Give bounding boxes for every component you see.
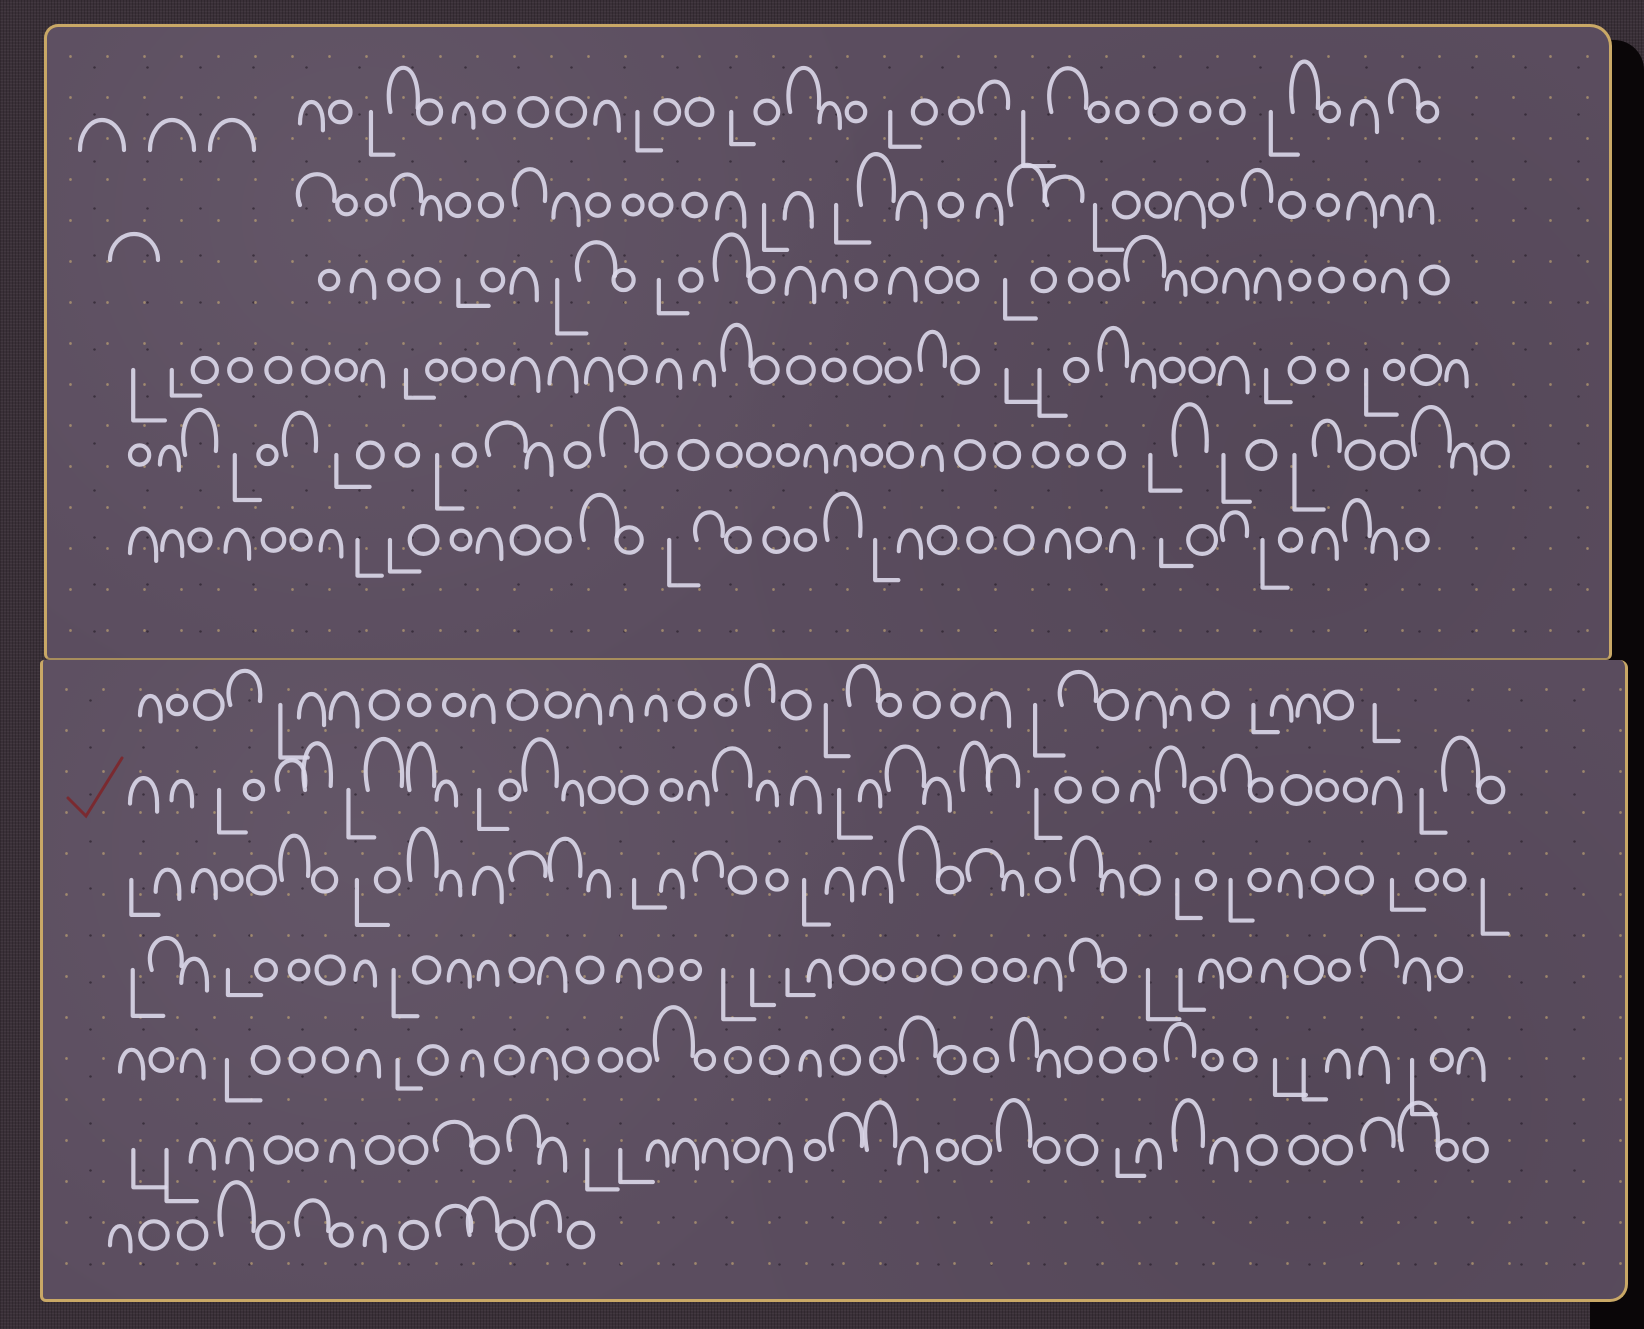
script-glyph — [193, 870, 216, 898]
script-glyph — [611, 696, 631, 721]
script-glyph — [532, 1202, 560, 1235]
handwritten-script — [0, 0, 1644, 1329]
script-glyph — [788, 68, 819, 112]
script-glyph — [988, 756, 1018, 790]
script-glyph — [680, 693, 704, 717]
script-glyph — [620, 357, 646, 383]
script-glyph — [226, 530, 250, 559]
script-glyph — [1060, 672, 1096, 705]
script-glyph — [938, 868, 962, 892]
script-glyph — [1224, 270, 1247, 299]
script-glyph — [847, 103, 865, 121]
script-glyph — [418, 100, 441, 123]
script-glyph — [258, 446, 276, 464]
script-glyph — [578, 958, 603, 983]
script-glyph — [245, 781, 263, 799]
script-glyph — [558, 98, 586, 126]
script-glyph — [620, 777, 646, 803]
script-glyph — [923, 447, 942, 470]
script-glyph — [331, 1140, 353, 1167]
script-glyph — [680, 269, 701, 290]
script-glyph — [1248, 441, 1276, 469]
script-glyph — [1407, 530, 1427, 550]
script-glyph — [695, 512, 723, 540]
script-glyph — [367, 1137, 393, 1163]
script-glyph — [747, 665, 774, 705]
script-glyph — [785, 193, 812, 226]
script-glyph — [172, 781, 193, 806]
script-glyph — [1432, 1050, 1452, 1070]
script-glyph — [514, 169, 545, 205]
script-glyph — [587, 1150, 617, 1189]
script-glyph — [1100, 328, 1127, 370]
script-glyph — [1203, 1051, 1222, 1070]
script-glyph — [441, 872, 460, 896]
script-glyph — [1137, 1140, 1159, 1168]
script-glyph — [687, 99, 713, 125]
script-glyph — [1294, 455, 1323, 510]
script-glyph — [1191, 778, 1215, 802]
script-glyph — [389, 270, 408, 289]
script-glyph — [824, 360, 845, 381]
script-glyph — [901, 1017, 936, 1060]
script-glyph — [1266, 370, 1290, 402]
script-glyph — [836, 205, 869, 242]
script-glyph — [222, 870, 241, 889]
script-glyph — [1035, 705, 1063, 756]
script-glyph — [253, 1047, 279, 1073]
script-glyph — [331, 693, 358, 726]
script-glyph — [920, 332, 945, 370]
script-glyph — [1221, 101, 1243, 123]
script-glyph — [487, 423, 526, 455]
script-glyph — [299, 694, 324, 725]
script-glyph — [820, 103, 840, 128]
script-glyph — [656, 100, 679, 123]
script-glyph — [1049, 68, 1086, 112]
script-glyph — [888, 443, 912, 467]
script-glyph — [1167, 272, 1186, 295]
script-glyph — [669, 540, 698, 585]
script-glyph — [1094, 778, 1117, 801]
script-glyph — [809, 961, 830, 987]
script-glyph — [1410, 195, 1432, 222]
script-glyph — [337, 360, 356, 379]
script-glyph — [614, 270, 634, 290]
script-glyph — [1072, 838, 1101, 880]
script-glyph — [1035, 1138, 1059, 1162]
script-glyph — [805, 446, 826, 472]
script-glyph — [824, 271, 845, 297]
script-glyph — [899, 1138, 926, 1171]
script-glyph — [1362, 1119, 1393, 1150]
script-glyph — [650, 959, 671, 980]
script-glyph — [1418, 103, 1437, 122]
script-glyph — [550, 358, 577, 391]
script-glyph — [1039, 1051, 1059, 1076]
script-glyph — [716, 695, 735, 714]
script-glyph — [1372, 530, 1395, 559]
script-glyph — [263, 529, 285, 551]
script-glyph — [995, 443, 1019, 467]
script-glyph — [1291, 62, 1318, 112]
script-glyph — [601, 408, 637, 455]
script-glyph — [321, 531, 342, 557]
script-glyph — [801, 1052, 820, 1076]
script-glyph — [1118, 1150, 1145, 1176]
script-glyph — [748, 444, 770, 466]
script-glyph — [248, 867, 275, 894]
script-glyph — [1223, 455, 1249, 502]
script-glyph — [1111, 530, 1133, 557]
script-glyph — [974, 959, 996, 981]
script-glyph — [1290, 1137, 1317, 1164]
script-glyph — [362, 361, 383, 386]
script-glyph — [280, 705, 307, 757]
script-glyph — [1117, 102, 1137, 122]
script-glyph — [750, 268, 774, 292]
script-glyph — [1200, 961, 1222, 988]
script-glyph — [1011, 1019, 1037, 1060]
script-glyph — [227, 1139, 252, 1169]
script-glyph — [758, 782, 777, 806]
script-glyph — [193, 358, 217, 382]
script-glyph — [616, 527, 641, 552]
script-glyph — [1362, 938, 1397, 970]
script-glyph — [731, 112, 754, 144]
check-mark-icon — [64, 754, 124, 824]
script-glyph — [1005, 960, 1025, 980]
script-glyph — [655, 1007, 693, 1060]
script-glyph — [857, 270, 876, 289]
script-glyph — [950, 101, 973, 124]
script-glyph — [1056, 778, 1079, 801]
script-glyph — [1446, 361, 1466, 386]
script-glyph — [1003, 872, 1022, 895]
script-glyph — [1390, 81, 1418, 112]
script-glyph — [409, 829, 437, 880]
script-glyph — [110, 1226, 130, 1251]
script-glyph — [1328, 360, 1347, 379]
script-glyph — [1220, 358, 1248, 392]
script-glyph — [130, 445, 149, 464]
script-glyph — [172, 370, 200, 396]
script-glyph — [1203, 693, 1227, 717]
script-glyph — [1297, 696, 1318, 722]
script-glyph — [1166, 1024, 1194, 1060]
script-glyph — [189, 529, 210, 550]
script-glyph — [1280, 529, 1301, 550]
script-glyph — [290, 1049, 313, 1072]
script-glyph — [648, 1141, 668, 1165]
script-glyph — [510, 853, 545, 880]
script-glyph — [1148, 970, 1179, 1019]
script-glyph — [796, 530, 815, 549]
script-glyph — [998, 1100, 1030, 1150]
script-glyph — [1071, 940, 1100, 970]
script-glyph — [682, 961, 700, 979]
script-glyph — [437, 781, 456, 805]
script-glyph — [1070, 269, 1091, 290]
script-glyph — [1330, 960, 1349, 979]
script-glyph — [1347, 867, 1372, 892]
script-glyph — [871, 1048, 895, 1072]
script-glyph — [352, 270, 375, 298]
script-glyph — [958, 270, 977, 289]
script-glyph — [714, 748, 750, 790]
script-glyph — [1161, 359, 1183, 382]
script-glyph — [511, 269, 536, 300]
script-glyph — [1314, 421, 1340, 455]
script-glyph — [480, 194, 502, 216]
script-glyph — [229, 671, 261, 705]
script-glyph — [257, 1222, 283, 1248]
script-glyph — [735, 1139, 758, 1162]
script-glyph — [133, 370, 165, 420]
script-glyph — [297, 1140, 317, 1160]
script-glyph — [788, 357, 814, 383]
script-glyph — [280, 836, 308, 880]
script-glyph — [376, 869, 399, 892]
script-glyph — [300, 102, 323, 130]
script-glyph — [952, 357, 978, 383]
script-glyph — [704, 1140, 727, 1168]
script-glyph — [1382, 442, 1408, 468]
script-glyph — [324, 1048, 347, 1071]
script-glyph — [1346, 441, 1373, 468]
script-glyph — [1125, 237, 1164, 280]
script-glyph — [120, 1050, 143, 1079]
script-glyph — [569, 1223, 593, 1247]
script-glyph — [940, 194, 962, 216]
script-glyph — [1263, 961, 1285, 988]
script-glyph — [913, 101, 936, 124]
script-glyph — [1439, 959, 1461, 981]
script-glyph — [887, 747, 924, 790]
script-glyph — [1296, 957, 1322, 983]
script-glyph — [1275, 1060, 1306, 1095]
script-glyph — [1150, 99, 1175, 124]
script-glyph — [1272, 696, 1292, 720]
script-glyph — [365, 1226, 385, 1251]
script-glyph — [875, 540, 898, 580]
script-glyph — [723, 970, 754, 1019]
script-glyph — [975, 1049, 997, 1071]
script-initial — [80, 120, 254, 260]
script-glyph — [887, 359, 910, 382]
script-glyph — [595, 102, 619, 131]
script-glyph — [1099, 443, 1124, 468]
script-glyph — [336, 455, 369, 487]
script-glyph — [1327, 1051, 1349, 1078]
script-glyph — [1317, 780, 1337, 800]
script-glyph — [836, 447, 855, 471]
script-glyph — [463, 1051, 483, 1075]
script-glyph — [715, 235, 749, 280]
script-glyph — [755, 101, 778, 124]
script-glyph — [900, 827, 938, 880]
script-glyph — [1271, 112, 1298, 155]
script-glyph — [1483, 880, 1508, 934]
script-glyph — [1366, 370, 1397, 415]
script-glyph — [482, 270, 503, 291]
script-glyph — [1034, 443, 1057, 466]
script-glyph — [427, 361, 446, 380]
script-glyph — [841, 957, 868, 984]
script-glyph — [397, 444, 418, 465]
script-glyph — [320, 271, 338, 289]
script-glyph — [860, 781, 880, 806]
script-glyph — [1243, 170, 1271, 205]
script-glyph — [229, 359, 251, 381]
script-glyph — [859, 154, 894, 205]
script-glyph — [1348, 193, 1375, 226]
script-glyph — [696, 1051, 714, 1069]
script-glyph — [964, 1137, 990, 1163]
script-glyph — [390, 540, 419, 572]
script-glyph — [827, 869, 852, 901]
script-glyph — [1197, 871, 1215, 889]
script-glyph — [862, 446, 881, 465]
script-glyph — [650, 194, 671, 215]
script-glyph — [1313, 530, 1336, 559]
script-glyph — [150, 938, 182, 970]
script-glyph — [726, 528, 750, 552]
script-glyph — [435, 1122, 472, 1150]
script-glyph — [658, 360, 680, 388]
script-glyph — [586, 359, 611, 390]
script-glyph — [752, 970, 774, 1005]
script-glyph — [629, 1049, 650, 1070]
script-glyph — [472, 1137, 498, 1163]
script-glyph — [1132, 866, 1159, 893]
script-glyph — [1355, 271, 1374, 290]
script-glyph — [1174, 1100, 1203, 1150]
script-glyph — [298, 174, 335, 205]
script-glyph — [1283, 776, 1311, 804]
script-glyph — [266, 1137, 291, 1162]
script-glyph — [454, 444, 475, 465]
script-glyph — [1385, 361, 1403, 379]
script-glyph — [182, 1050, 204, 1077]
script-glyph — [1211, 1139, 1236, 1170]
script-glyph — [624, 196, 643, 215]
script-glyph — [1222, 756, 1250, 790]
script-glyph — [524, 739, 557, 790]
script-glyph — [371, 112, 394, 155]
script-glyph — [590, 778, 614, 802]
script-glyph — [967, 850, 1002, 880]
script-glyph — [1320, 269, 1343, 292]
script-glyph — [647, 697, 666, 720]
script-glyph — [1383, 270, 1405, 298]
script-glyph — [1250, 779, 1271, 800]
script-glyph — [168, 696, 186, 714]
script-glyph — [509, 691, 537, 719]
script-glyph — [563, 782, 582, 805]
script-glyph — [1248, 1136, 1275, 1163]
script-glyph — [357, 880, 388, 925]
script-glyph — [897, 193, 925, 228]
script-glyph — [618, 960, 640, 987]
script-glyph — [1452, 445, 1475, 474]
script-glyph — [1150, 455, 1180, 491]
script-glyph — [874, 961, 893, 980]
script-glyph — [1290, 271, 1309, 290]
script-glyph — [764, 1139, 790, 1171]
script-glyph — [1176, 193, 1204, 227]
script-glyph — [151, 1049, 173, 1071]
script-glyph — [1229, 959, 1250, 980]
script-glyph — [358, 443, 383, 468]
script-glyph — [389, 68, 418, 112]
script-glyph — [1459, 1049, 1484, 1080]
script-glyph — [303, 357, 328, 382]
script-glyph — [1040, 370, 1066, 416]
script-glyph — [557, 280, 586, 333]
script-glyph — [792, 778, 820, 812]
script-glyph — [1290, 358, 1314, 382]
script-glyph — [1352, 101, 1377, 132]
script-glyph — [1047, 530, 1069, 557]
script-glyph — [533, 1050, 556, 1079]
script-glyph — [825, 494, 860, 540]
script-glyph — [904, 960, 925, 981]
script-glyph — [1438, 1141, 1457, 1160]
script-glyph — [1065, 359, 1087, 381]
script-glyph — [933, 956, 960, 983]
script-glyph — [1345, 779, 1366, 800]
script-glyph — [454, 103, 474, 127]
script-glyph — [956, 441, 984, 469]
script-glyph — [331, 1224, 352, 1245]
script-glyph — [865, 1102, 895, 1150]
script-glyph — [130, 529, 156, 561]
script-glyph — [1007, 370, 1038, 402]
script-glyph — [479, 962, 498, 985]
script-glyph — [1360, 1048, 1388, 1082]
script-glyph — [564, 1048, 587, 1071]
script-glyph — [1103, 959, 1125, 981]
script-glyph — [1324, 1137, 1351, 1164]
script-glyph — [764, 528, 788, 552]
script-glyph — [1005, 280, 1036, 318]
script-glyph — [367, 196, 386, 215]
script-glyph — [519, 98, 547, 126]
script-glyph — [952, 694, 973, 715]
script-glyph — [501, 781, 520, 800]
script-glyph — [1321, 103, 1339, 121]
script-glyph — [133, 970, 164, 1016]
script-glyph — [915, 693, 939, 717]
script-glyph — [1023, 112, 1054, 166]
script-glyph — [449, 961, 470, 987]
script-glyph — [277, 760, 306, 790]
script-glyph — [1482, 442, 1507, 467]
script-glyph — [1421, 267, 1448, 294]
script-glyph — [1132, 781, 1152, 806]
script-glyph — [478, 530, 502, 559]
script-glyph — [1172, 697, 1190, 719]
script-glyph — [392, 174, 421, 205]
script-glyph — [1374, 778, 1401, 811]
script-glyph — [1464, 1139, 1486, 1161]
script-glyph — [778, 445, 798, 465]
script-glyph — [683, 194, 705, 216]
script-glyph — [830, 1114, 862, 1150]
script-glyph — [1405, 959, 1429, 989]
script-glyph — [1147, 193, 1170, 216]
